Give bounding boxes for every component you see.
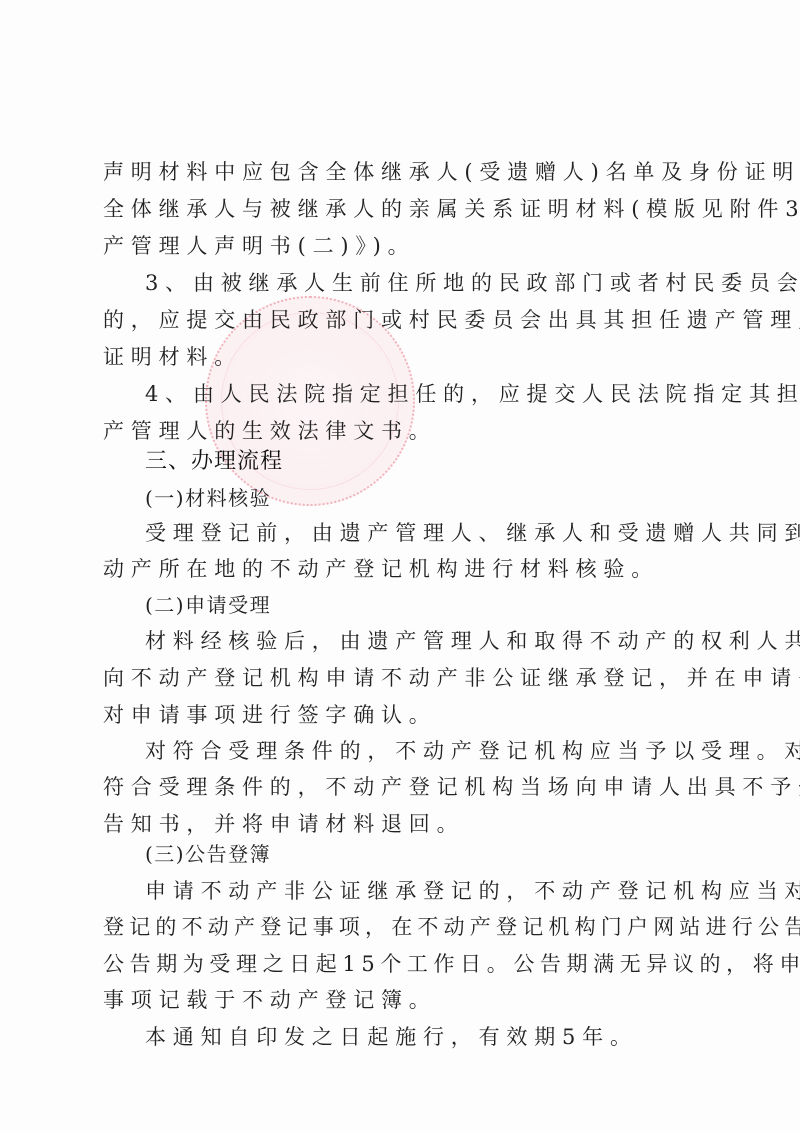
body-text-line: 全体继承人与被继承人的亲属关系证明材料(模版见附件3《遗 [103,196,800,222]
body-text-line: 告知书，并将申请材料退回。 [103,811,464,837]
body-text-line: 申请不动产非公证继承登记的，不动产登记机构应当对拟 [145,878,800,904]
body-text-line: 对申请事项进行签字确认。 [103,702,437,728]
body-text-line: 产管理人的生效法律文书。 [103,418,437,444]
body-text-line: 登记的不动产登记事项，在不动产登记机构门户网站进行公告， [103,914,800,940]
body-text-line: 产管理人声明书(二)》)。 [103,233,415,259]
numbered-paragraph-3: 3、由被继承人生前住所地的民政部门或者村民委员会担任 [145,270,800,296]
body-text-line: 向不动产登记机构申请不动产非公证继承登记，并在申请书上 [103,665,800,691]
body-text-line: 符合受理条件的，不动产登记机构当场向申请人出具不予受理 [103,774,800,800]
body-text-line: 公告期为受理之日起15个工作日。公告期满无异议的，将申请 [103,951,800,977]
body-text-line: 材料经核验后，由遗产管理人和取得不动产的权利人共同 [145,628,800,654]
body-text-line: 动产所在地的不动产登记机构进行材料核验。 [103,556,659,582]
subheading-application-acceptance: (二)申请受理 [145,592,271,618]
document-page: 声明材料中应包含全体继承人(受遗赠人)名单及身份证明材料、 全体继承人与被继承人… [0,0,800,1131]
body-text-line: 对符合受理条件的，不动产登记机构应当予以受理。对不 [145,738,800,764]
numbered-paragraph-4: 4、由人民法院指定担任的，应提交人民法院指定其担任遗 [145,381,800,407]
subheading-material-verification: (一)材料核验 [145,485,271,511]
body-text-line: 事项记载于不动产登记簿。 [103,987,437,1013]
effective-date-statement: 本通知自印发之日起施行，有效期5年。 [145,1024,638,1050]
body-text-line: 受理登记前，由遗产管理人、继承人和受遗赠人共同到不 [145,520,800,546]
body-text-line: 证明材料。 [103,344,242,370]
section-heading-procedure: 三、办理流程 [145,449,283,475]
body-text-line: 的，应提交由民政部门或村民委员会出具其担任遗产管理人的 [103,307,800,333]
subheading-announcement-registration: (三)公告登簿 [145,841,271,867]
body-text-line: 声明材料中应包含全体继承人(受遗赠人)名单及身份证明材料、 [103,159,800,185]
